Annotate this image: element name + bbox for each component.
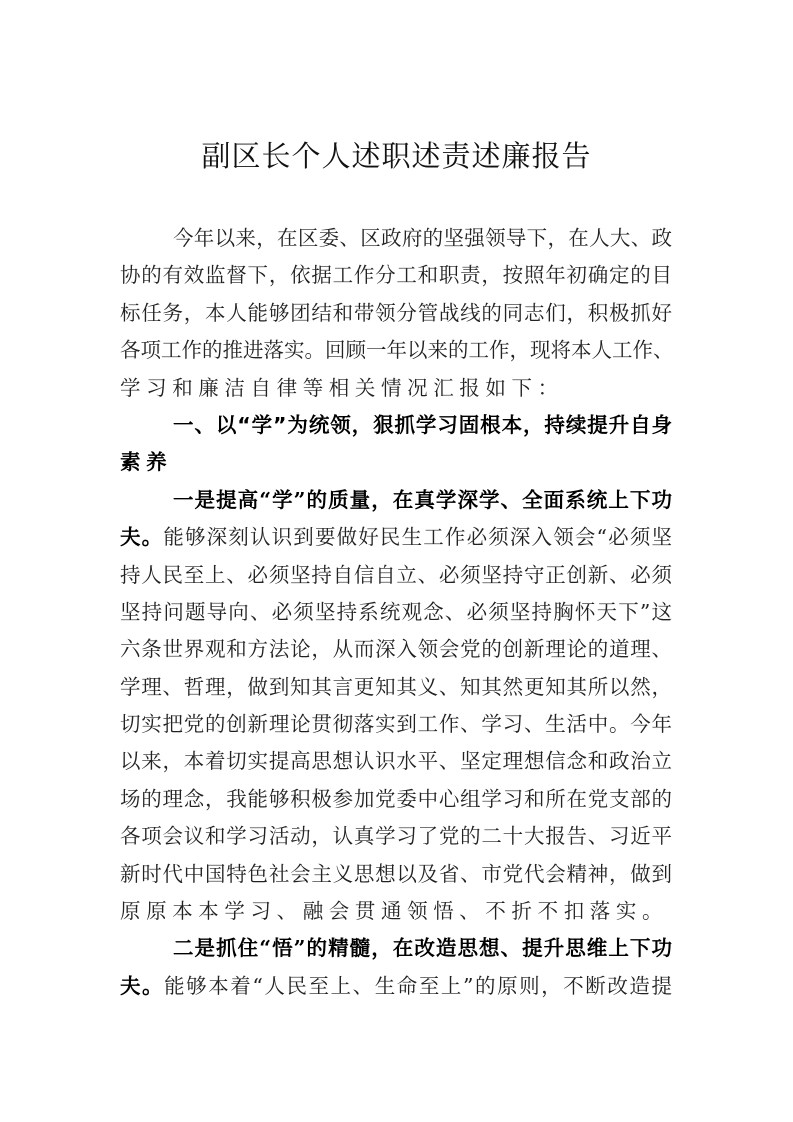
subheading-text: 一是提高“学”的质量，在真学深学、全面系统上下功 — [173, 488, 672, 512]
paragraph-text: 各项会议和学习活动，认真学习了党的二十大报告、习近平 — [120, 824, 672, 848]
text-line: 以来，本着切实提高思想认识水平、坚定理想信念和政治立 — [120, 743, 672, 780]
section-heading-text: 素养 — [120, 450, 172, 474]
text-line: 新时代中国特色社会主义思想以及省、市党代会精神，做到 — [120, 856, 672, 893]
paragraph-text: 坚持问题导向、必须坚持系统观念、必须坚持胸怀天下”这 — [120, 600, 672, 624]
text-line: 六条世界观和方法论，从而深入领会党的创新理论的道理、 — [120, 631, 672, 668]
document-body: 今年以来，在区委、区政府的坚强领导下，在人大、政协的有效监督下，依据工作分工和职… — [120, 220, 680, 1005]
paragraph-text: 切实把党的创新理论贯彻落实到工作、学习、生活中。今年 — [120, 712, 672, 736]
paragraph-text: 持人民至上、必须坚持自信自立、必须坚持守正创新、必须 — [120, 563, 672, 587]
paragraph-text: 场的理念，我能够积极参加党委中心组学习和所在党支部的 — [120, 787, 672, 811]
paragraph-text: 协的有效监督下，依据工作分工和职责，按照年初确定的目 — [120, 263, 672, 287]
paragraph-text: 六条世界观和方法论，从而深入领会党的创新理论的道理、 — [120, 637, 672, 661]
paragraph-text: 标任务，本人能够团结和带领分管战线的同志们，积极抓好 — [120, 301, 672, 325]
paragraph-text: 学习和廉洁自律等相关情况汇报如下： — [120, 376, 564, 400]
text-line: 各项工作的推进落实。回顾一年以来的工作，现将本人工作、 — [120, 332, 672, 369]
paragraph-text: 原原本本学习、融会贯通领悟、不折不扣落实。 — [120, 899, 668, 923]
subheading-text: 二是抓住“悟”的精髓，在改造思想、提升思维上下功 — [173, 936, 672, 960]
text-line: 一、以“学”为统领，狠抓学习固根本，持续提升自身 — [120, 407, 672, 444]
text-line: 坚持问题导向、必须坚持系统观念、必须坚持胸怀天下”这 — [120, 594, 672, 631]
section-heading-text: 一、以“学”为统领，狠抓学习固根本，持续提升自身 — [173, 413, 672, 437]
text-line: 各项会议和学习活动，认真学习了党的二十大报告、习近平 — [120, 818, 672, 855]
text-line: 今年以来，在区委、区政府的坚强领导下，在人大、政 — [120, 220, 672, 257]
subheading-text: 夫。 — [120, 974, 164, 998]
document-page: 副区长个人述职述责述廉报告 今年以来，在区委、区政府的坚强领导下，在人大、政协的… — [0, 0, 793, 1122]
paragraph-text: 以来，本着切实提高思想认识水平、坚定理想信念和政治立 — [120, 749, 672, 773]
text-line: 素养 — [120, 444, 680, 481]
text-line: 场的理念，我能够积极参加党委中心组学习和所在党支部的 — [120, 781, 672, 818]
document-title: 副区长个人述职述责述廉报告 — [0, 136, 793, 176]
text-line: 原原本本学习、融会贯通领悟、不折不扣落实。 — [120, 893, 680, 930]
text-line: 一是提高“学”的质量，在真学深学、全面系统上下功 — [120, 482, 672, 519]
text-line: 学理、哲理，做到知其言更知其义、知其然更知其所以然， — [120, 669, 672, 706]
text-line: 持人民至上、必须坚持自信自立、必须坚持守正创新、必须 — [120, 557, 672, 594]
text-line: 学习和廉洁自律等相关情况汇报如下： — [120, 370, 680, 407]
text-line: 切实把党的创新理论贯彻落实到工作、学习、生活中。今年 — [120, 706, 672, 743]
paragraph-text: 能够本着“人民至上、生命至上”的原则，不断改造提 — [164, 974, 672, 998]
text-line: 协的有效监督下，依据工作分工和职责，按照年初确定的目 — [120, 257, 672, 294]
text-line: 夫。能够深刻认识到要做好民生工作必须深入领会“必须坚 — [120, 519, 672, 556]
subheading-text: 夫。 — [120, 525, 163, 549]
text-line: 标任务，本人能够团结和带领分管战线的同志们，积极抓好 — [120, 295, 672, 332]
paragraph-text: 各项工作的推进落实。回顾一年以来的工作，现将本人工作、 — [120, 338, 674, 362]
paragraph-text: 今年以来，在区委、区政府的坚强领导下，在人大、政 — [173, 226, 672, 250]
paragraph-text: 能够深刻认识到要做好民生工作必须深入领会“必须坚 — [163, 525, 672, 549]
paragraph-text: 新时代中国特色社会主义思想以及省、市党代会精神，做到 — [120, 862, 672, 886]
text-line: 二是抓住“悟”的精髓，在改造思想、提升思维上下功 — [120, 930, 672, 967]
paragraph-text: 学理、哲理，做到知其言更知其义、知其然更知其所以然， — [120, 675, 672, 699]
text-line: 夫。能够本着“人民至上、生命至上”的原则，不断改造提 — [120, 968, 672, 1005]
